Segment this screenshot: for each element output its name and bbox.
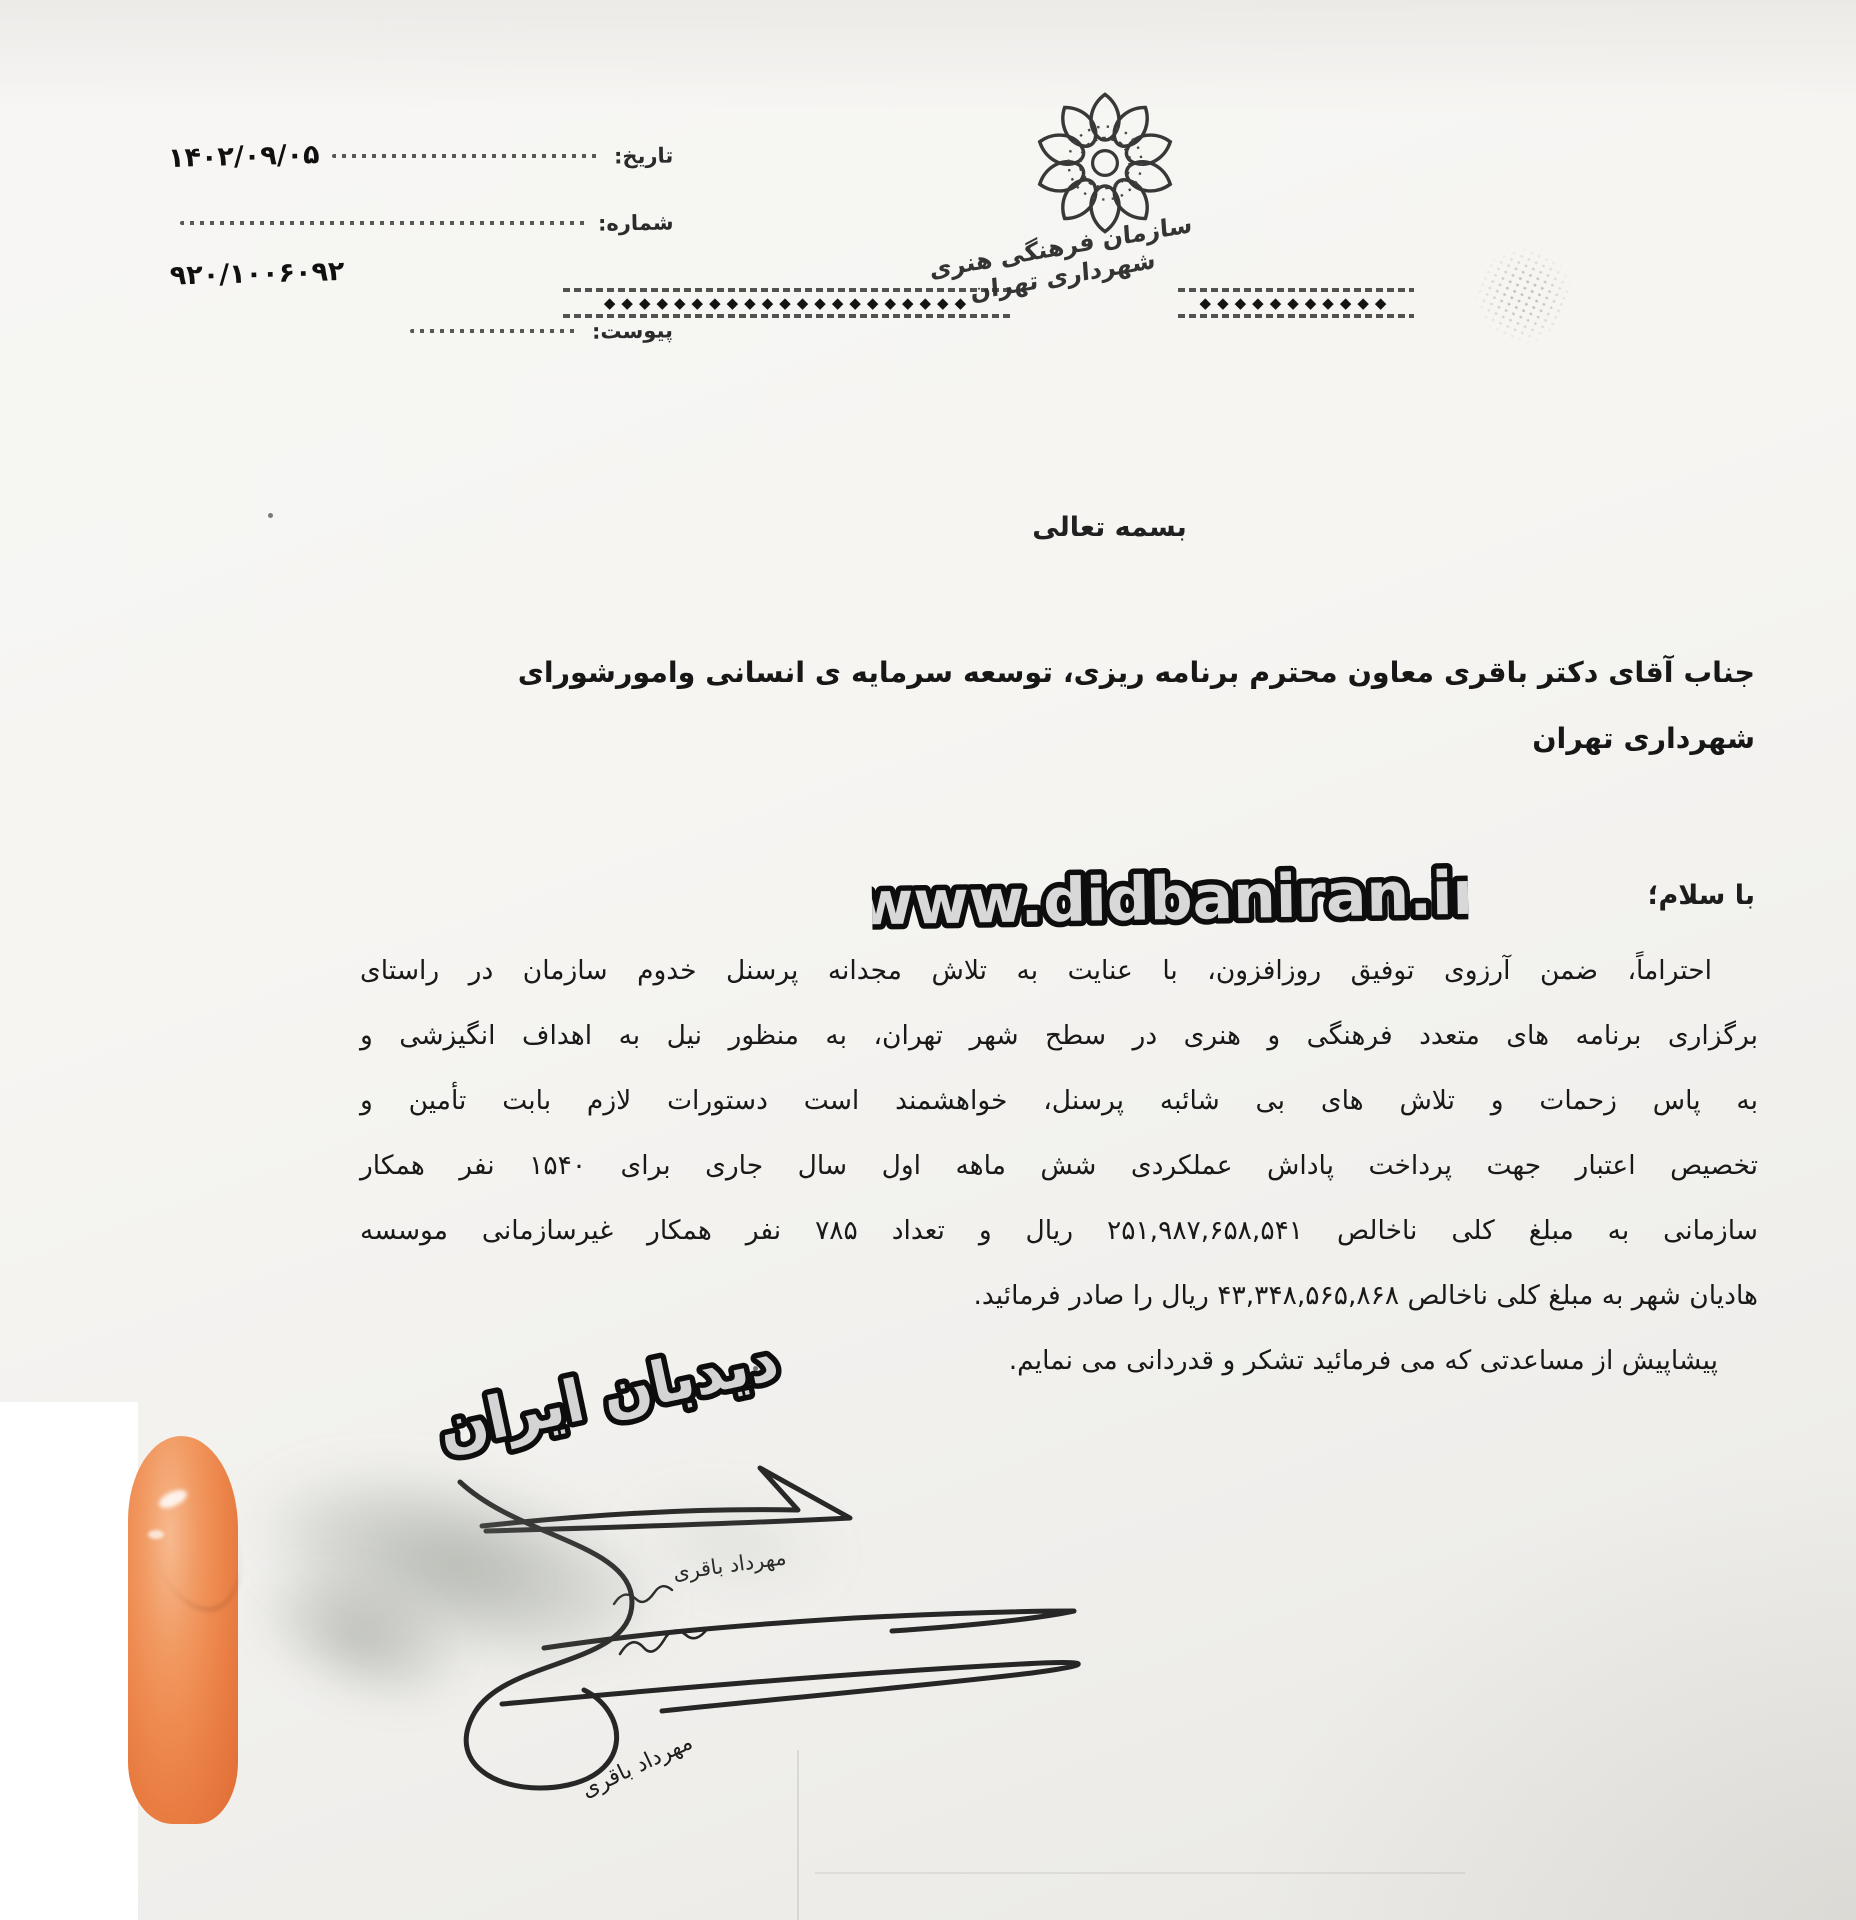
decorative-band-right: ◆◆◆◆◆◆◆◆◆◆◆ bbox=[1178, 282, 1414, 324]
body-line: به پاس زحمات و تلاش های بی شائبه پرسنل، … bbox=[360, 1068, 1758, 1133]
number-row: شماره: bbox=[168, 192, 673, 254]
band-dash-line bbox=[1178, 288, 1414, 292]
stamp-noise bbox=[1461, 229, 1587, 361]
paper-top-shading bbox=[0, 0, 1856, 110]
paper-crease-vertical bbox=[797, 1750, 799, 1920]
site-url-watermark: www.didbaniran.ir bbox=[871, 838, 1469, 960]
addressee-line-1: جناب آقای دکتر باقری معاون محترم برنامه … bbox=[363, 640, 1755, 706]
site-name-watermark-text: دیدبان ایران bbox=[432, 1325, 784, 1464]
fingernail-glint bbox=[148, 1530, 164, 1539]
site-url-watermark-text: www.didbaniran.ir bbox=[871, 859, 1469, 940]
signatory-name-bottom: مهرداد باقری bbox=[578, 1730, 697, 1803]
addressee-block: جناب آقای دکتر باقری معاون محترم برنامه … bbox=[363, 640, 1755, 772]
band-dash-line bbox=[563, 288, 1013, 292]
body-line: تخصیص اعتبار جهت پرداخت پاداش عملکردی شش… bbox=[360, 1133, 1758, 1198]
dotted-line bbox=[410, 329, 580, 333]
paper-crease-horizontal bbox=[815, 1872, 1465, 1874]
band-dash-line bbox=[1178, 314, 1414, 318]
salutation: با سلام؛ bbox=[1505, 880, 1755, 911]
paper-corner-shading bbox=[1156, 1400, 1856, 1920]
date-label: تاریخ: bbox=[614, 143, 674, 168]
ink-speck bbox=[268, 513, 273, 518]
number-label: شماره: bbox=[597, 210, 673, 235]
body-line: برگزاری برنامه های متعدد فرهنگی و هنری د… bbox=[360, 1003, 1758, 1068]
scan-white-edge bbox=[0, 1402, 138, 1920]
decorative-band-left: ◆◆◆◆◆◆◆◆◆◆◆◆◆◆◆◆◆◆◆◆◆ bbox=[563, 282, 1013, 324]
band-dash-line bbox=[563, 314, 1013, 318]
band-diamonds: ◆◆◆◆◆◆◆◆◆◆◆ bbox=[1178, 292, 1414, 314]
date-row: تاریخ: ۱۴۰۲/۰۹/۰۵ bbox=[168, 120, 673, 192]
basmala: بسمه تعالی bbox=[992, 512, 1227, 543]
addressee-line-2: شهرداری تهران bbox=[363, 706, 1755, 772]
ink-speck bbox=[753, 1366, 758, 1371]
dotted-line bbox=[332, 154, 602, 158]
scanned-letter-page: تاریخ: ۱۴۰۲/۰۹/۰۵ شماره: ۹۲۰/۱۰۰۶۰۹۲ پیو… bbox=[0, 0, 1856, 1920]
band-diamonds: ◆◆◆◆◆◆◆◆◆◆◆◆◆◆◆◆◆◆◆◆◆ bbox=[563, 292, 1013, 314]
body-line: سازمانی به مبلغ کلی ناخالص ۲۵۱,۹۸۷,۶۵۸,۵… bbox=[360, 1198, 1758, 1263]
date-value: ۱۴۰۲/۰۹/۰۵ bbox=[168, 139, 320, 174]
dotted-line bbox=[180, 221, 586, 225]
